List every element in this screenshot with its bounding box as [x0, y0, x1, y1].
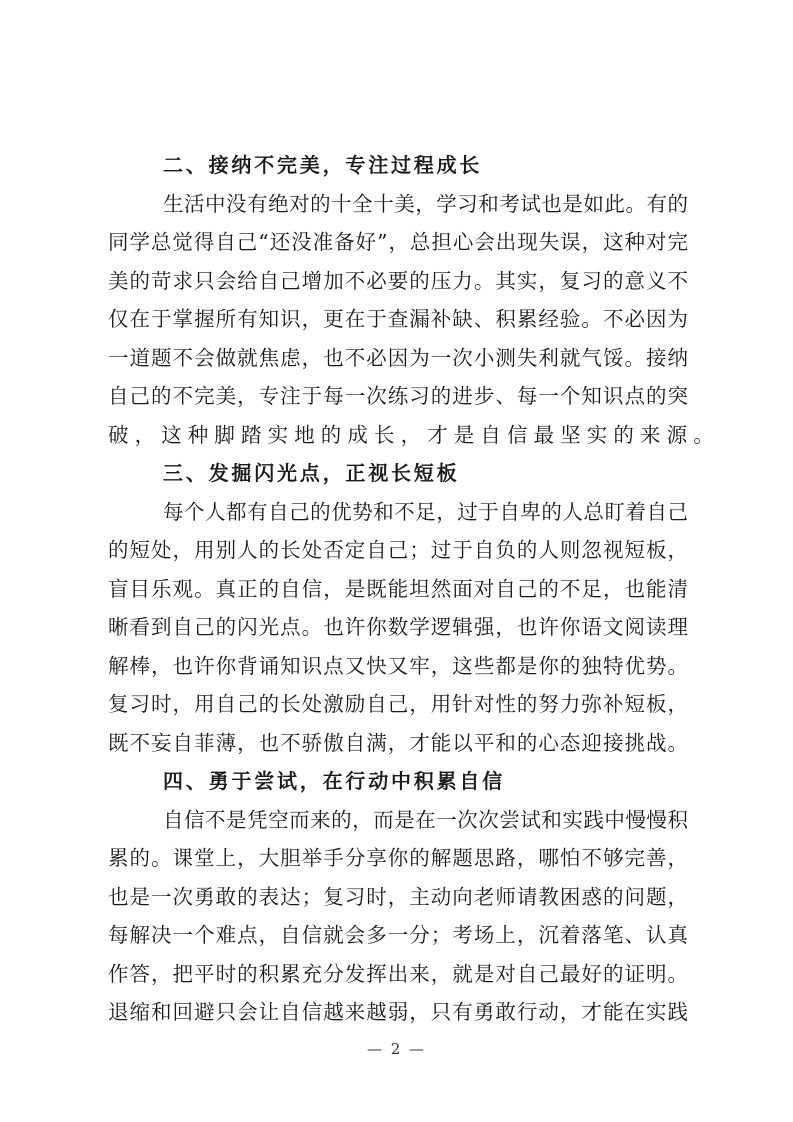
paragraph-line: 同学总觉得自己“还没准备好”，总担心会出现失误，这种对完: [108, 223, 688, 262]
paragraph-line: 盲目乐观。真正的自信，是既能坦然面对自己的不足，也能清: [108, 570, 688, 609]
paragraph-line: 美的苛求只会给自己增加不必要的压力。其实，复习的意义不: [108, 262, 688, 301]
paragraph-line: 每个人都有自己的优势和不足，过于自卑的人总盯着自己: [108, 493, 688, 532]
document-body: 二、接纳不完美，专注过程成长 生活中没有绝对的十全十美，学习和考试也是如此。有的…: [108, 146, 688, 1032]
section-heading-3: 三、发掘闪光点，正视长短板: [108, 454, 688, 493]
section-heading-4: 四、勇于尝试，在行动中积累自信: [108, 762, 688, 801]
paragraph-line: 生活中没有绝对的十全十美，学习和考试也是如此。有的: [108, 185, 688, 224]
paragraph-line: 也是一次勇敢的表达；复习时，主动向老师请教困惑的问题，: [108, 878, 688, 917]
paragraph-line: 解棒，也许你背诵知识点又快又牢，这些都是你的独特优势。: [108, 647, 688, 686]
paragraph-line: 的短处，用别人的长处否定自己；过于自负的人则忽视短板，: [108, 531, 688, 570]
paragraph-line: 自己的不完美，专注于每一次练习的进步、每一个知识点的突: [108, 377, 688, 416]
paragraph-line: 累的。课堂上，大胆举手分享你的解题思路，哪怕不够完善，: [108, 839, 688, 878]
paragraph-line: 仅在于掌握所有知识，更在于查漏补缺、积累经验。不必因为: [108, 300, 688, 339]
section-heading-2: 二、接纳不完美，专注过程成长: [108, 146, 688, 185]
page-number: — 2 —: [0, 1040, 793, 1058]
paragraph-line: 破，这种脚踏实地的成长，才是自信最坚实的来源。: [108, 416, 688, 455]
paragraph-line: 自信不是凭空而来的，而是在一次次尝试和实践中慢慢积: [108, 801, 688, 840]
paragraph-line: 每解决一个难点，自信就会多一分；考场上，沉着落笔、认真: [108, 916, 688, 955]
paragraph-line: 晰看到自己的闪光点。也许你数学逻辑强，也许你语文阅读理: [108, 608, 688, 647]
paragraph-line: 作答，把平时的积累充分发挥出来，就是对自己最好的证明。: [108, 955, 688, 994]
paragraph-line: 既不妄自菲薄，也不骄傲自满，才能以平和的心态迎接挑战。: [108, 724, 688, 763]
paragraph-line: 退缩和回避只会让自信越来越弱，只有勇敢行动，才能在实践: [108, 993, 688, 1032]
document-page: 二、接纳不完美，专注过程成长 生活中没有绝对的十全十美，学习和考试也是如此。有的…: [0, 0, 793, 1122]
paragraph-line: 一道题不会做就焦虑，也不必因为一次小测失利就气馁。接纳: [108, 339, 688, 378]
paragraph-line: 复习时，用自己的长处激励自己，用针对性的努力弥补短板，: [108, 685, 688, 724]
